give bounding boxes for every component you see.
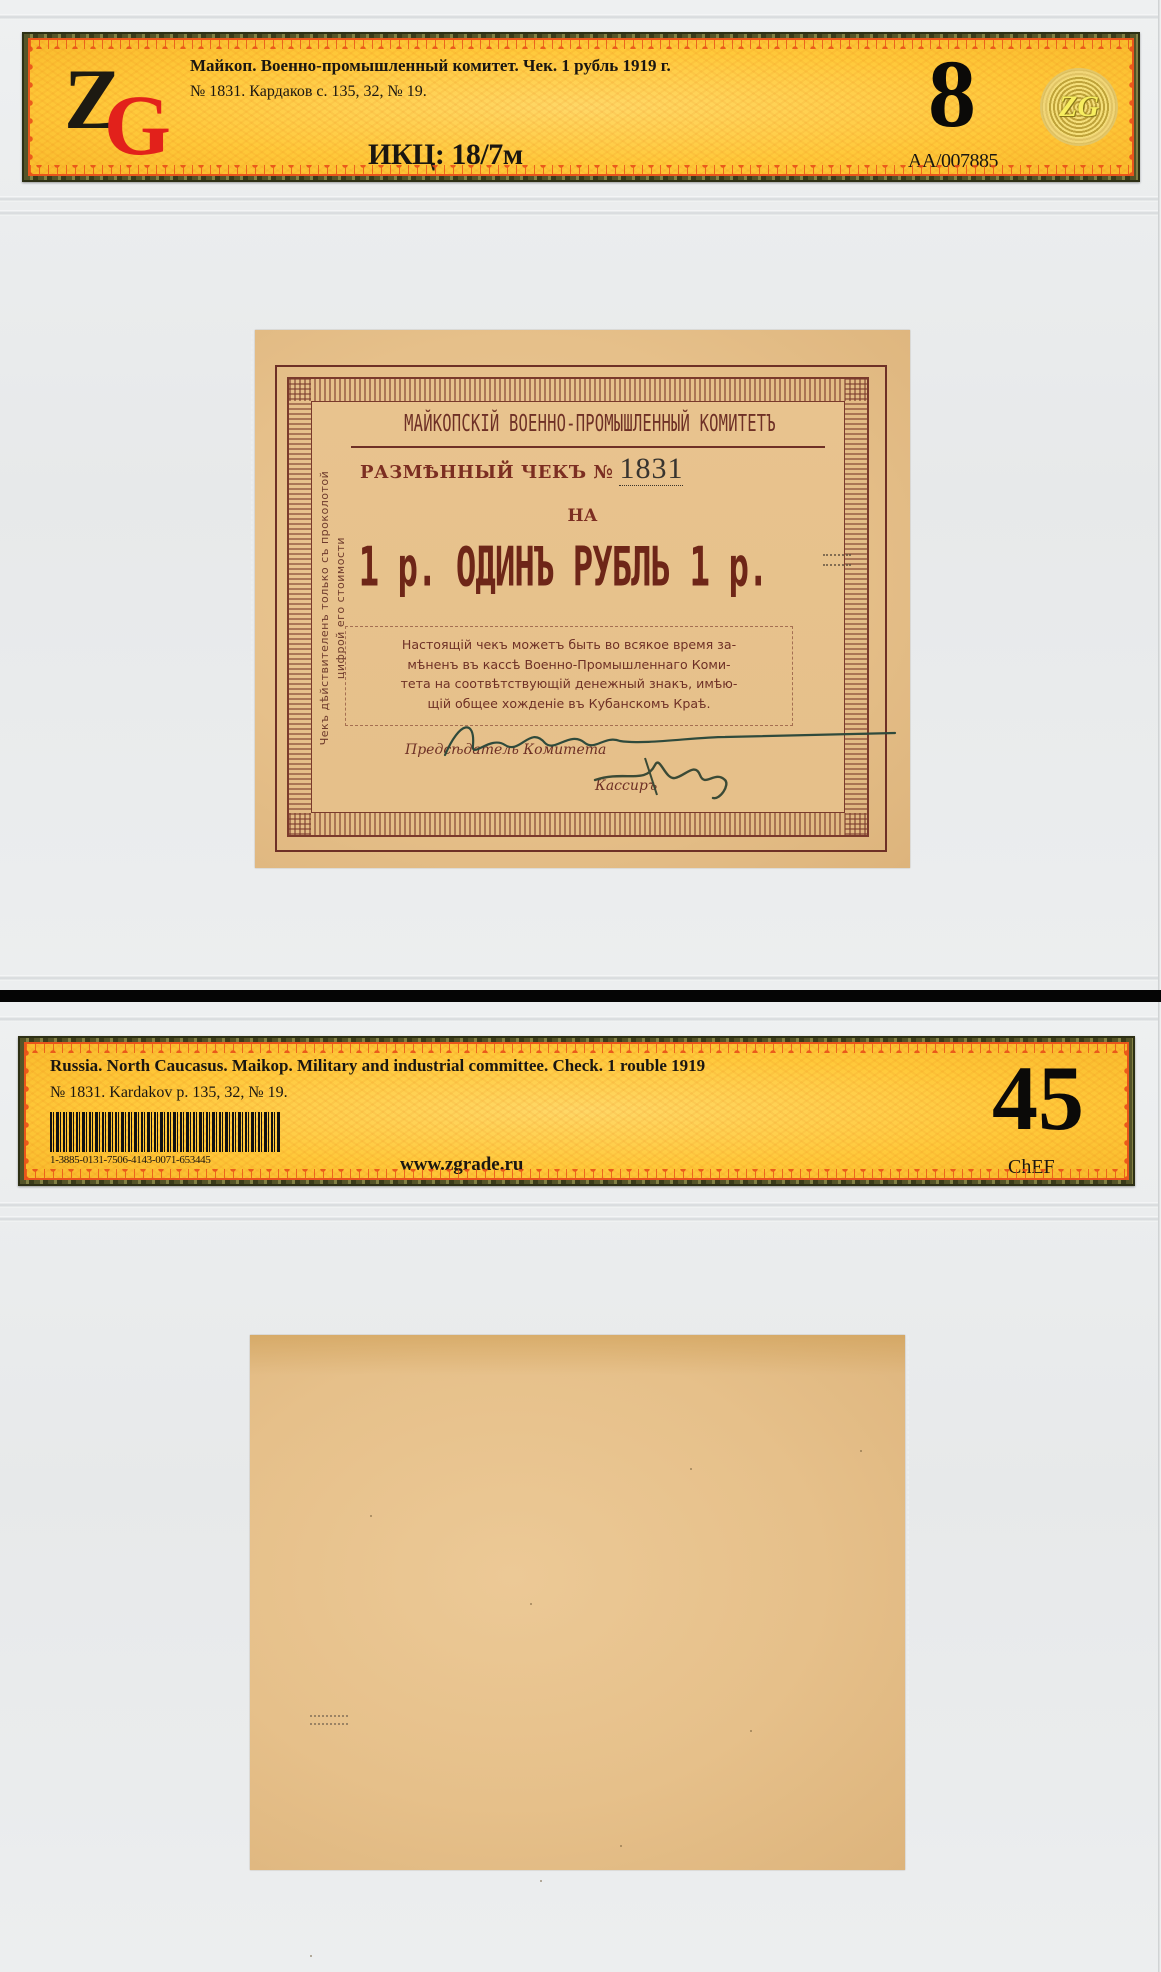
note-exchange-clause: Настоящій чекъ можетъ быть во всякое вре… <box>345 626 793 726</box>
clause-line: Настоящій чекъ можетъ быть во всякое вре… <box>356 635 782 655</box>
heading-rule <box>351 446 825 448</box>
label-guilloche-panel: Russia. North Caucasus. Maikop. Military… <box>24 1042 1129 1180</box>
side-text-line-1: Чекъ дѣйствителенъ только съ проколотой <box>317 408 333 808</box>
paper-speck <box>540 1880 542 1882</box>
zg-logo: Z G <box>64 60 204 170</box>
banknote-back <box>250 1335 905 1870</box>
label-ikc-code: ИКЦ: 18/7м <box>368 138 523 172</box>
perforation-marks <box>823 554 851 566</box>
note-denomination: 1 р. ОДИНЪ РУБЛЬ 1 р. <box>343 536 783 600</box>
ornament-border <box>1123 40 1132 174</box>
slab-ridge <box>0 1016 1161 1022</box>
paper-speck <box>530 1603 532 1605</box>
grading-label-back: Russia. North Caucasus. Maikop. Military… <box>18 1036 1135 1186</box>
cashier-signature-label: Кассиръ <box>595 778 657 794</box>
slab-ridge <box>0 210 1161 216</box>
paper-speck <box>860 1450 862 1452</box>
clause-line: мѣненъ въ кассѣ Военно-Промышленнаго Ком… <box>356 655 782 675</box>
chairman-signature-label: Предсѣдатель Комитета <box>405 742 606 758</box>
label-catalog-reference-en: № 1831. Kardakov p. 135, 32, № 19. <box>50 1084 288 1102</box>
slab-ridge <box>0 196 1161 202</box>
clause-line: щій общее хожденіе въ Кубанскомъ Краѣ. <box>356 694 782 714</box>
hologram-seal-icon: ZG <box>1040 68 1118 146</box>
slab-ridge <box>0 14 1161 20</box>
label-guilloche-panel: Z G Майкоп. Военно-промышленный комитет.… <box>28 38 1134 176</box>
slab-divider <box>0 990 1161 1002</box>
certificate-serial: AA/007885 <box>908 150 998 173</box>
paper-speck <box>690 1468 692 1470</box>
logo-letter-g: G <box>104 82 171 168</box>
grading-label-front: Z G Майкоп. Военно-промышленный комитет.… <box>22 32 1140 182</box>
note-na-text: НА <box>255 506 910 526</box>
perforation-marks <box>310 1715 348 1725</box>
label-catalog-reference-ru: № 1831. Кардаков с. 135, 32, № 19. <box>190 83 427 101</box>
paper-speck <box>750 1730 752 1732</box>
barcode-number: 1-3885-0131-7506-4143-0071-653445 <box>50 1154 211 1166</box>
paper-speck <box>310 1955 312 1957</box>
slab-ridge <box>0 1216 1161 1222</box>
label-title-ru: Майкоп. Военно-промышленный комитет. Чек… <box>190 56 671 76</box>
ornament-border <box>30 40 39 174</box>
note-side-text: Чекъ дѣйствителенъ только съ проколотой … <box>317 408 349 808</box>
ornament-border <box>26 1044 35 1178</box>
cheque-number-line: РАЗМѢННЫЙ ЧЕКЪ №1831 <box>360 452 820 486</box>
grade-number: 45 <box>992 1052 1084 1144</box>
slab-ridge <box>0 975 1161 981</box>
ornament-border <box>1118 1044 1127 1178</box>
grader-website: www.zgrade.ru <box>400 1154 523 1176</box>
hologram-text: ZG <box>1059 90 1099 124</box>
cheque-label: РАЗМѢННЫЙ ЧЕКЪ № <box>360 462 613 483</box>
grade-description: ChEF <box>1008 1156 1055 1179</box>
paper-speck <box>370 1515 372 1517</box>
side-text-line-2: цифрой его стоимости <box>333 408 349 808</box>
cheque-serial-number: 1831 <box>619 452 683 486</box>
banknote-front: Чекъ дѣйствителенъ только съ проколотой … <box>255 330 910 868</box>
clause-line: тета на соотвѣтствующій денежный знакъ, … <box>356 674 782 694</box>
barcode-icon <box>50 1112 280 1152</box>
grade-number: 8 <box>928 46 976 142</box>
paper-speck <box>620 1845 622 1847</box>
paper-stain <box>250 1335 905 1375</box>
label-title-en: Russia. North Caucasus. Maikop. Military… <box>50 1056 705 1076</box>
note-issuer-heading: МАЙКОПСКІЙ ВОЕННО-ПРОМЫШЛЕННЫЙ КОМИТЕТЪ <box>355 410 825 437</box>
slab-ridge <box>0 1202 1161 1208</box>
